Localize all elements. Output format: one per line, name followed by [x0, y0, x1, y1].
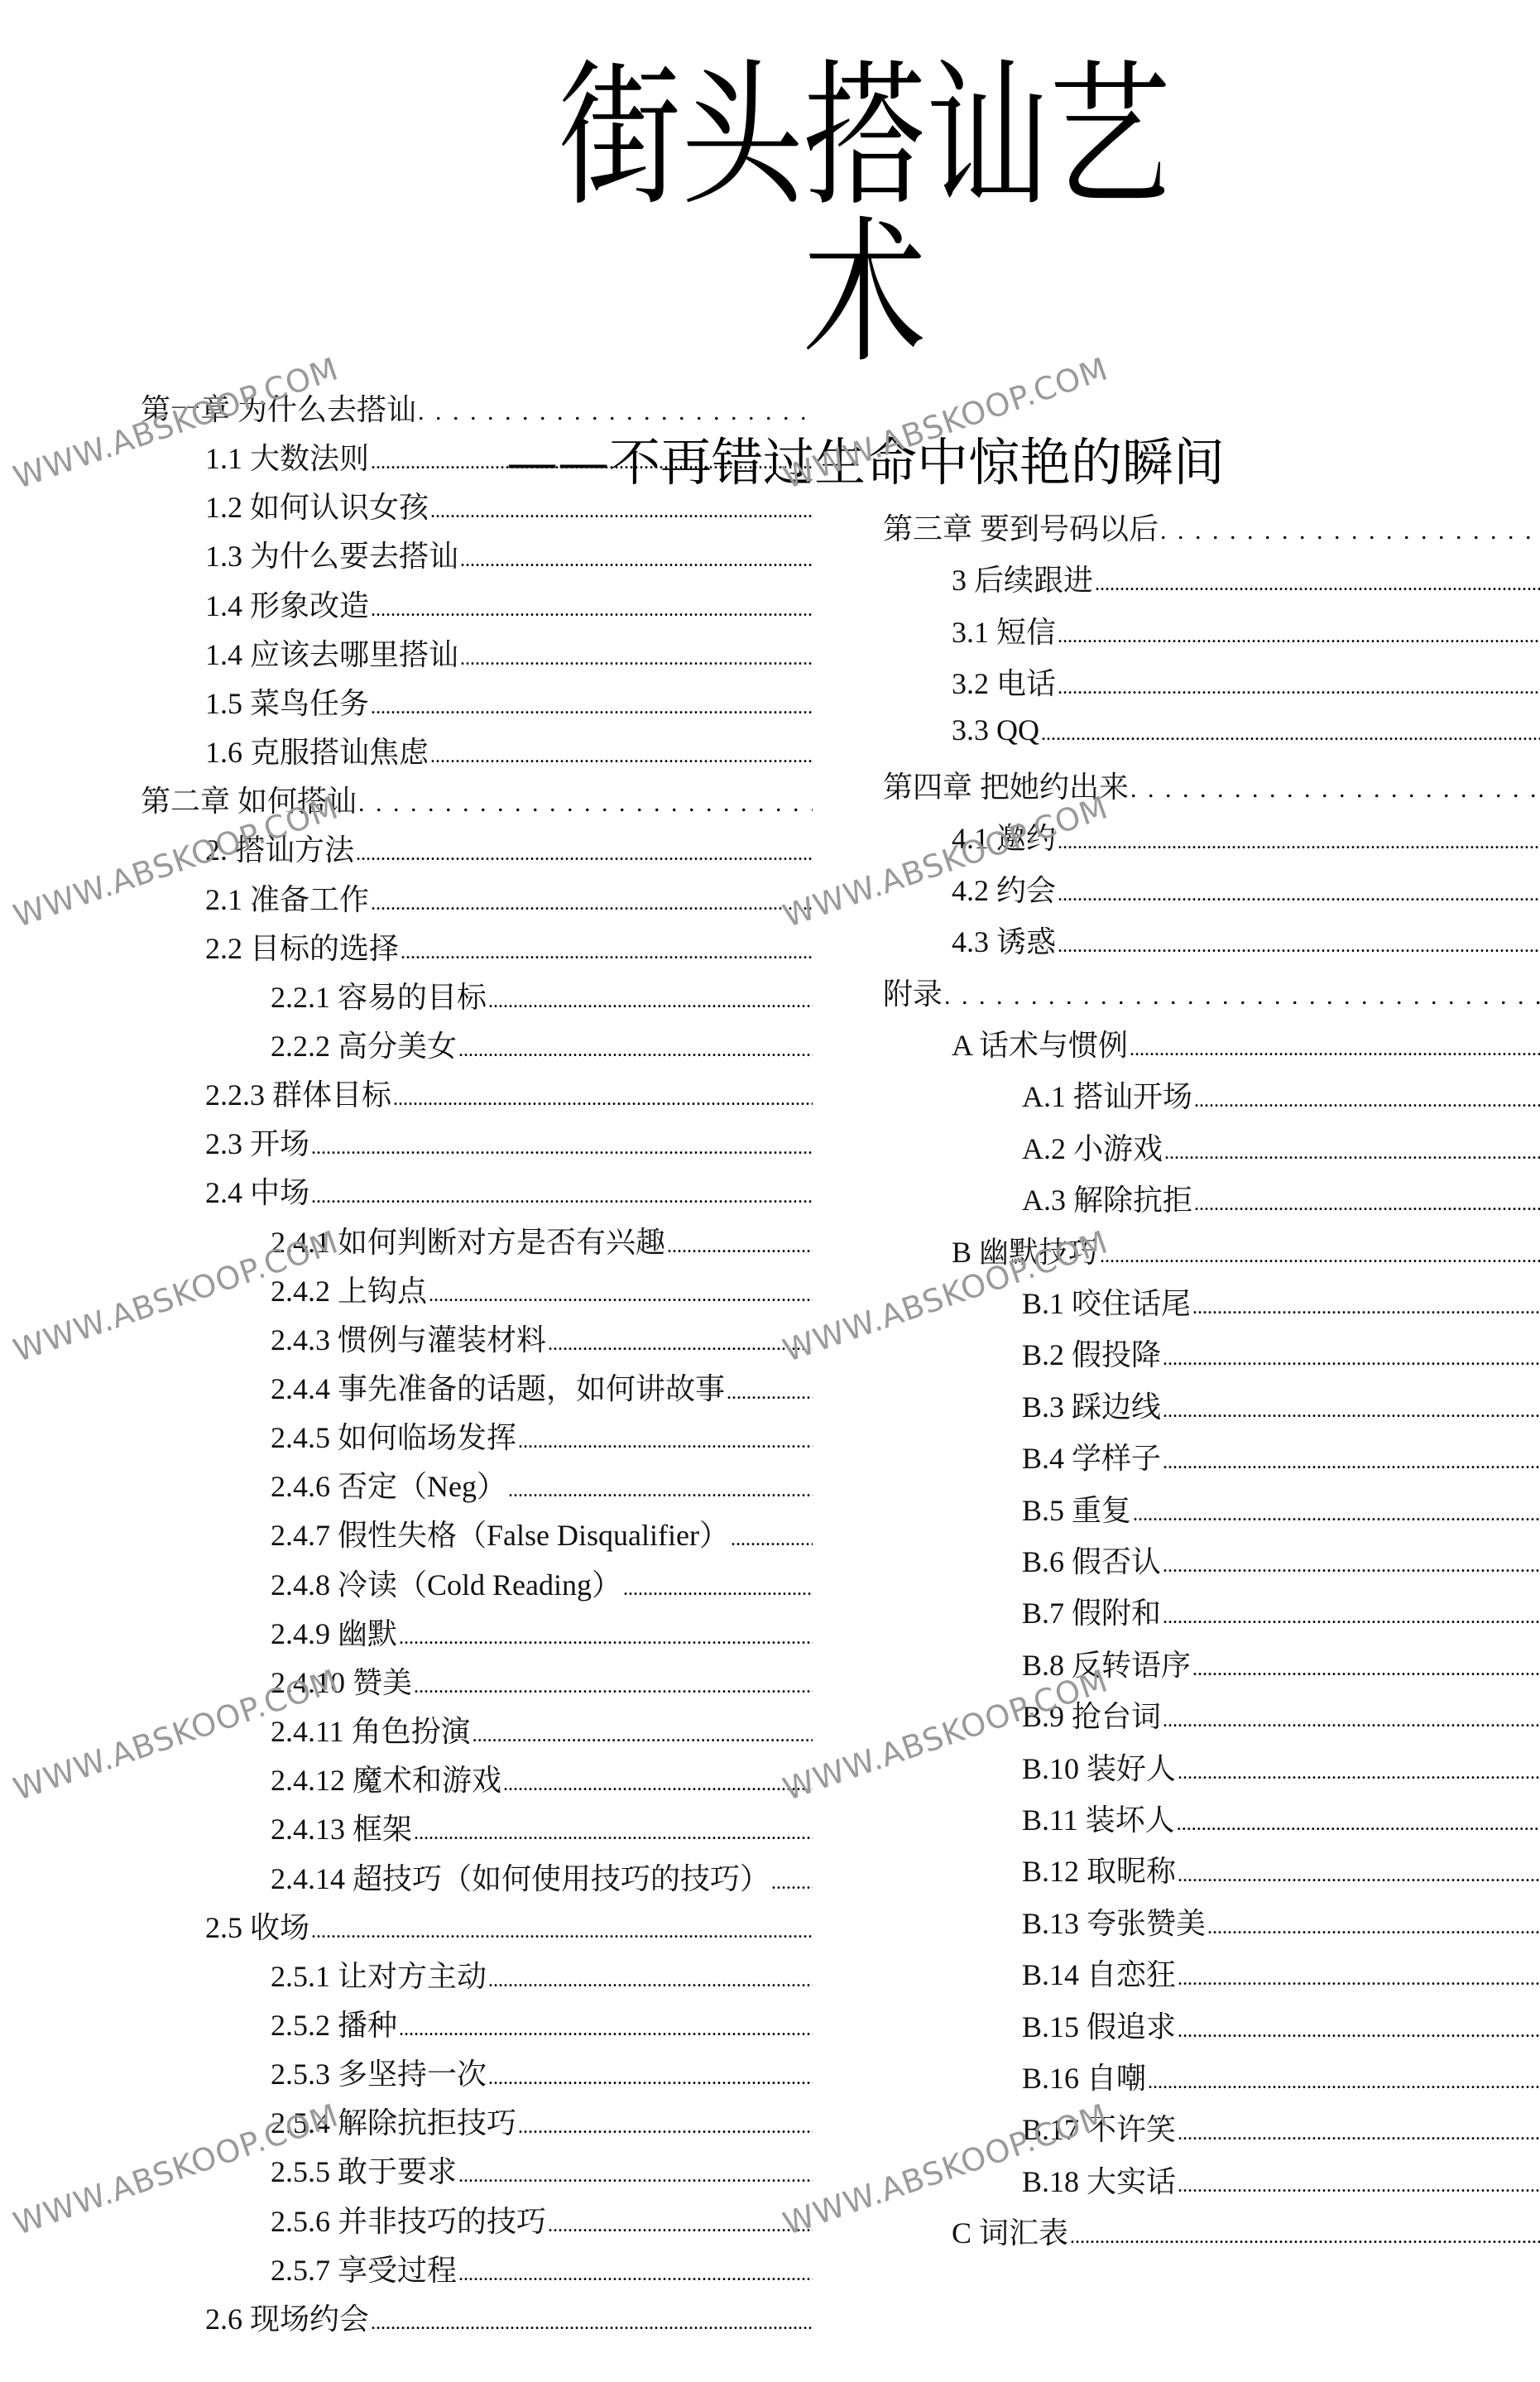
- toc-entry[interactable]: 1.5 菜鸟任务: [141, 680, 813, 723]
- toc-entry-label: B.15 假追求: [1022, 2004, 1178, 2046]
- dot-leader: [458, 2253, 813, 2288]
- dot-leader: [1177, 1803, 1540, 1837]
- toc-entry-label: 3.3 QQ: [952, 713, 1041, 747]
- dot-leader: [414, 1665, 813, 1700]
- toc-entry-label: B.14 自恋狂: [1022, 1952, 1178, 1994]
- toc-entry-label: 4.2 约会: [952, 867, 1058, 910]
- toc-entry-label: B.13 夸张赞美: [1022, 1900, 1207, 1943]
- toc-entry-label: 2.4.4 事先准备的话题，如何讲故事: [271, 1366, 727, 1408]
- toc-entry-label: 2.4.3 惯例与灌装材料: [271, 1317, 548, 1359]
- toc-entry-label: 2.4.6 否定（Neg）: [271, 1463, 508, 1506]
- toc-entry[interactable]: B.13 夸张赞美: [883, 1900, 1540, 1943]
- toc-entry[interactable]: B.2 假投降: [883, 1332, 1540, 1374]
- dot-leader: [371, 686, 813, 721]
- dot-leader: [1163, 1596, 1540, 1630]
- toc-entry[interactable]: 2.4.5 如何临场发挥: [141, 1414, 813, 1457]
- toc-entry[interactable]: 2.4.10 赞美: [141, 1659, 813, 1702]
- dot-leader: [460, 637, 813, 672]
- dot-leader: [1160, 511, 1540, 546]
- dot-leader: [430, 735, 813, 770]
- toc-entry[interactable]: 2.4.8 冷读（Cold Reading）: [141, 1562, 813, 1604]
- toc-entry[interactable]: 1.6 克服搭讪焦虑: [141, 729, 813, 771]
- toc-entry-label: B.16 自嘲: [1022, 2055, 1148, 2097]
- toc-entry[interactable]: B.11 装坏人: [883, 1797, 1540, 1839]
- dot-leader: [1130, 770, 1540, 804]
- toc-entry[interactable]: 2.5.3 多坚持一次: [141, 2051, 813, 2093]
- toc-entry[interactable]: B.1 咬住话尾: [883, 1280, 1540, 1323]
- toc-entry-label: 第二章 如何搭讪: [141, 778, 358, 820]
- toc-entry[interactable]: 2.4 中场: [141, 1169, 813, 1212]
- dot-leader: [548, 1323, 813, 1357]
- toc-entry-label: 2.4.11 角色扮演: [271, 1708, 473, 1750]
- toc-entry[interactable]: 2.1 准备工作: [141, 876, 813, 919]
- toc-entry-label: 2.4.2 上钩点: [271, 1268, 429, 1310]
- toc-entry-label: 第四章 把她约出来: [883, 764, 1130, 806]
- toc-entry[interactable]: A.2 小游戏: [883, 1126, 1540, 1168]
- dot-leader: [548, 2204, 813, 2239]
- toc-entry[interactable]: 1.2 如何认识女孩: [141, 484, 813, 526]
- toc-entry[interactable]: 2.4.7 假性失格（False Disqualifier）: [141, 1512, 813, 1554]
- toc-entry[interactable]: B.14 自恋狂: [883, 1952, 1540, 1994]
- toc-entry[interactable]: 2. 搭讪方法: [141, 827, 813, 869]
- dot-leader: [944, 977, 1540, 1011]
- dot-leader: [418, 392, 813, 427]
- toc-entry-label: 2.5.3 多坚持一次: [271, 2051, 488, 2093]
- toc-entry[interactable]: 2.4.11 角色扮演: [141, 1708, 813, 1750]
- toc-entry[interactable]: A.3 解除抗拒: [883, 1177, 1540, 1219]
- toc-entry-label: 2.6 现场约会: [205, 2296, 371, 2338]
- dot-leader: [1178, 1854, 1540, 1889]
- toc-entry[interactable]: B.16 自嘲: [883, 2055, 1540, 2097]
- dot-leader: [1058, 924, 1540, 959]
- dot-leader: [356, 833, 813, 867]
- toc-entry[interactable]: C 词汇表: [883, 2210, 1540, 2252]
- toc-entry[interactable]: 1.4 形象改造: [141, 583, 813, 625]
- dot-leader: [1163, 1337, 1540, 1372]
- toc-entry[interactable]: 2.4.2 上钩点: [141, 1268, 813, 1310]
- toc-entry-label: 2.2 目标的选择: [205, 925, 401, 968]
- dot-leader: [1178, 1957, 1540, 1992]
- toc-chapter-entry[interactable]: 第二章 如何搭讪: [141, 778, 813, 820]
- toc-entry-label: 4.3 诱惑: [952, 919, 1058, 961]
- dot-leader: [488, 1959, 813, 1994]
- toc-entry-label: B.5 重复: [1022, 1487, 1133, 1530]
- toc-entry-label: 2.4.7 假性失格（False Disqualifier）: [271, 1512, 731, 1554]
- toc-entry[interactable]: 2.3 开场: [141, 1121, 813, 1163]
- toc-entry[interactable]: 3 后续跟进: [883, 557, 1540, 599]
- toc-entry[interactable]: 2.5 收场: [141, 1904, 813, 1947]
- toc-entry[interactable]: 2.5.2 播种: [141, 2002, 813, 2044]
- toc-entry-label: B.9 抢台词: [1022, 1693, 1163, 1736]
- dot-leader: [358, 784, 813, 819]
- toc-entry-label: B.17 不许笑: [1022, 2106, 1178, 2149]
- toc-entry[interactable]: 2.4.1 如何判断对方是否有兴趣: [141, 1219, 813, 1261]
- dot-leader: [311, 1126, 813, 1161]
- toc-entry-label: B.2 假投降: [1022, 1332, 1163, 1374]
- toc-entry[interactable]: B.4 学样子: [883, 1435, 1540, 1477]
- dot-leader: [399, 1616, 813, 1651]
- toc-entry[interactable]: 2.5.4 解除抗拒技巧: [141, 2100, 813, 2142]
- dot-leader: [1070, 2216, 1540, 2250]
- toc-entry[interactable]: B.7 假附和: [883, 1590, 1540, 1632]
- toc-entry-label: 2.4 中场: [205, 1169, 311, 1212]
- toc-entry[interactable]: 3.3 QQ: [883, 713, 1540, 747]
- toc-entry-label: 1.5 菜鸟任务: [205, 680, 371, 723]
- toc-entry[interactable]: 2.4.14 超技巧（如何使用技巧的技巧）: [141, 1856, 813, 1898]
- dot-leader: [1163, 1544, 1540, 1579]
- dot-leader: [1058, 615, 1540, 650]
- toc-entry[interactable]: 2.2.1 容易的目标: [141, 974, 813, 1016]
- toc-entry[interactable]: 2.6 现场约会: [141, 2296, 813, 2338]
- dot-leader: [731, 1518, 813, 1553]
- toc-entry-label: 2.4.10 赞美: [271, 1659, 414, 1702]
- toc-entry[interactable]: 2.2.2 高分美女: [141, 1023, 813, 1065]
- dot-leader: [1148, 2061, 1540, 2096]
- toc-entry-label: 2.1 准备工作: [205, 876, 371, 919]
- toc-entry-label: B 幽默技巧: [952, 1229, 1100, 1271]
- toc-entry[interactable]: 2.4.6 否定（Neg）: [141, 1463, 813, 1506]
- toc-entry-label: 1.1 大数法则: [205, 435, 371, 478]
- dot-leader: [371, 2302, 813, 2336]
- dot-leader: [371, 882, 813, 917]
- dot-leader: [1058, 873, 1540, 908]
- dot-leader: [488, 980, 813, 1015]
- toc-entry-label: B.1 咬住话尾: [1022, 1280, 1192, 1323]
- toc-entry-label: 2.4.1 如何判断对方是否有兴趣: [271, 1219, 667, 1261]
- toc-entry[interactable]: B.9 抢台词: [883, 1693, 1540, 1736]
- toc-entry[interactable]: 1.3 为什么要去搭讪: [141, 533, 813, 575]
- dot-leader: [1041, 713, 1540, 747]
- dot-leader: [429, 1274, 813, 1309]
- toc-entry[interactable]: 2.5.1 让对方主动: [141, 1953, 813, 1995]
- dot-leader: [488, 2057, 813, 2091]
- toc-entry[interactable]: 2.4.3 惯例与灌装材料: [141, 1317, 813, 1359]
- toc-entry-label: A.2 小游戏: [1022, 1126, 1164, 1168]
- dot-leader: [1130, 1028, 1540, 1063]
- toc-entry[interactable]: B.8 反转语序: [883, 1642, 1540, 1684]
- toc-entry-label: B.4 学样子: [1022, 1435, 1163, 1477]
- dot-leader: [771, 1861, 813, 1896]
- dot-leader: [1164, 1131, 1540, 1166]
- toc-entry-label: 2.2.2 高分美女: [271, 1023, 458, 1065]
- dot-leader: [430, 490, 813, 525]
- toc-entry-label: B.10 装好人: [1022, 1746, 1178, 1788]
- toc-entry-label: A.1 搭讪开场: [1022, 1073, 1194, 1116]
- toc-entry[interactable]: B.3 踩边线: [883, 1384, 1540, 1426]
- dot-leader: [460, 539, 813, 574]
- toc-entry[interactable]: 2.5.5 敢于要求: [141, 2149, 813, 2191]
- toc-entry-label: 2.5.2 播种: [271, 2002, 399, 2044]
- toc-entry-label: 2.4.8 冷读（Cold Reading）: [271, 1562, 623, 1604]
- toc-entry[interactable]: B.18 大实话: [883, 2159, 1540, 2201]
- toc-chapter-entry[interactable]: 第一章 为什么去搭讪: [141, 387, 813, 429]
- toc-entry-label: 1.2 如何认识女孩: [205, 484, 430, 526]
- toc-entry[interactable]: 1.1 大数法则: [141, 435, 813, 478]
- toc-entry-label: 2.5.7 享受过程: [271, 2247, 458, 2289]
- toc-entry[interactable]: A 话术与惯例: [883, 1022, 1540, 1064]
- dot-leader: [1058, 666, 1540, 701]
- toc-entry[interactable]: B.6 假否认: [883, 1539, 1540, 1581]
- dot-leader: [458, 2154, 813, 2189]
- dot-leader: [473, 1714, 813, 1749]
- dot-leader: [518, 1420, 813, 1455]
- document-title: 街头搭讪艺术: [521, 58, 1208, 372]
- dot-leader: [1178, 2164, 1540, 2199]
- toc-entry-label: 4.1 邀约: [952, 815, 1058, 857]
- dot-leader: [371, 441, 813, 476]
- dot-leader: [1192, 1648, 1540, 1683]
- dot-leader: [1133, 1493, 1540, 1528]
- toc-entry[interactable]: 4.3 诱惑: [883, 919, 1540, 961]
- toc-entry[interactable]: 3.1 短信: [883, 609, 1540, 651]
- toc-entry[interactable]: B.5 重复: [883, 1487, 1540, 1530]
- toc-entry-label: 2.4.9 幽默: [271, 1611, 399, 1653]
- toc-entry-label: B.18 大实话: [1022, 2159, 1178, 2201]
- toc-entry-label: 2.3 开场: [205, 1121, 311, 1163]
- dot-leader: [1194, 1183, 1540, 1217]
- toc-entry[interactable]: 2.4.13 框架: [141, 1806, 813, 1848]
- toc-entry[interactable]: 4.1 邀约: [883, 815, 1540, 857]
- toc-entry-label: B.6 假否认: [1022, 1539, 1163, 1581]
- toc-entry-label: B.3 踩边线: [1022, 1384, 1163, 1426]
- dot-leader: [1192, 1286, 1540, 1321]
- toc-entry-label: 1.6 克服搭讪焦虑: [205, 729, 430, 771]
- toc-entry[interactable]: B 幽默技巧: [883, 1229, 1540, 1271]
- toc-chapter-entry[interactable]: 附录: [883, 971, 1540, 1013]
- dot-leader: [393, 1078, 813, 1112]
- dot-leader: [518, 2106, 813, 2140]
- toc-entry-label: 2.5.4 解除抗拒技巧: [271, 2100, 518, 2142]
- toc-chapter-entry[interactable]: 第三章 要到号码以后: [883, 506, 1540, 548]
- toc-entry[interactable]: A.1 搭讪开场: [883, 1073, 1540, 1116]
- toc-entry-label: A 话术与惯例: [952, 1022, 1130, 1064]
- toc-entry[interactable]: 2.2 目标的选择: [141, 925, 813, 968]
- toc-entry-label: B.7 假附和: [1022, 1590, 1163, 1632]
- toc-entry-label: 2.2.1 容易的目标: [271, 974, 488, 1016]
- toc-entry[interactable]: 2.4.9 幽默: [141, 1611, 813, 1653]
- toc-entry-label: B.12 取昵称: [1022, 1848, 1178, 1890]
- toc-entry-label: B.11 装坏人: [1022, 1797, 1177, 1839]
- toc-entry-label: 2.5 收场: [205, 1904, 311, 1947]
- toc-entry-label: 第一章 为什么去搭讪: [141, 387, 418, 429]
- toc-entry-label: 2. 搭讪方法: [205, 827, 356, 869]
- toc-entry[interactable]: B.15 假追求: [883, 2004, 1540, 2046]
- dot-leader: [508, 1469, 813, 1504]
- toc-entry[interactable]: 2.4.4 事先准备的话题，如何讲故事: [141, 1366, 813, 1408]
- dot-leader: [1178, 1751, 1540, 1786]
- dot-leader: [1163, 1441, 1540, 1476]
- watermark-text: WWW.ABSKOOP.COM: [779, 789, 1113, 934]
- toc-entry-label: 2.4.13 框架: [271, 1806, 414, 1848]
- toc-entry[interactable]: 2.2.3 群体目标: [141, 1072, 813, 1114]
- toc-entry-label: 2.4.12 魔术和游戏: [271, 1757, 503, 1799]
- dot-leader: [1178, 2112, 1540, 2147]
- toc-entry-label: 2.5.6 并非技巧的技巧: [271, 2198, 548, 2240]
- dot-leader: [503, 1763, 813, 1798]
- dot-leader: [623, 1568, 813, 1602]
- dot-leader: [458, 1029, 813, 1064]
- dot-leader: [311, 1175, 813, 1210]
- toc-entry-label: B.8 反转语序: [1022, 1642, 1192, 1684]
- dot-leader: [401, 931, 813, 966]
- toc-entry-label: 2.4.14 超技巧（如何使用技巧的技巧）: [271, 1856, 771, 1898]
- toc-entry-label: 2.5.1 让对方主动: [271, 1953, 488, 1995]
- toc-entry-label: 3.2 电话: [952, 660, 1058, 703]
- toc-entry-label: 3.1 短信: [952, 609, 1058, 651]
- toc-entry[interactable]: 2.5.6 并非技巧的技巧: [141, 2198, 813, 2240]
- toc-entry-label: 2.5.5 敢于要求: [271, 2149, 458, 2191]
- toc-entry[interactable]: 2.4.12 魔术和游戏: [141, 1757, 813, 1799]
- dot-leader: [1207, 1906, 1540, 1941]
- dot-leader: [414, 1812, 813, 1847]
- toc-entry-label: 2.2.3 群体目标: [205, 1072, 393, 1114]
- toc-entry[interactable]: B.12 取昵称: [883, 1848, 1540, 1890]
- dot-leader: [311, 1910, 813, 1945]
- toc-chapter-entry[interactable]: 第四章 把她约出来: [883, 764, 1540, 806]
- dot-leader: [1095, 563, 1540, 598]
- dot-leader: [1100, 1235, 1540, 1270]
- dot-leader: [399, 2008, 813, 2043]
- dot-leader: [371, 588, 813, 623]
- toc-entry[interactable]: 3.2 电话: [883, 660, 1540, 703]
- toc-entry[interactable]: 2.5.7 享受过程: [141, 2247, 813, 2289]
- dot-leader: [1163, 1699, 1540, 1734]
- toc-entry-label: 第三章 要到号码以后: [883, 506, 1160, 548]
- toc-entry-label: 1.3 为什么要去搭讪: [205, 533, 460, 575]
- toc-entry-label: 2.4.5 如何临场发挥: [271, 1414, 518, 1457]
- toc-entry-label: 1.4 形象改造: [205, 583, 371, 625]
- toc-entry-label: C 词汇表: [952, 2210, 1070, 2252]
- dot-leader: [1178, 2010, 1540, 2044]
- toc-entry-label: 1.4 应该去哪里搭讪: [205, 632, 460, 674]
- dot-leader: [667, 1225, 813, 1260]
- toc-entry-label: 3 后续跟进: [952, 557, 1095, 599]
- toc-entry[interactable]: B.10 装好人: [883, 1746, 1540, 1788]
- dot-leader: [1163, 1390, 1540, 1424]
- toc-entry-label: 附录: [883, 971, 944, 1013]
- dot-leader: [1058, 821, 1540, 856]
- toc-entry-label: A.3 解除抗拒: [1022, 1177, 1194, 1219]
- dot-leader: [727, 1371, 813, 1406]
- toc-entry[interactable]: B.17 不许笑: [883, 2106, 1540, 2149]
- toc-entry[interactable]: 1.4 应该去哪里搭讪: [141, 632, 813, 674]
- toc-entry[interactable]: 4.2 约会: [883, 867, 1540, 910]
- dot-leader: [1194, 1079, 1540, 1114]
